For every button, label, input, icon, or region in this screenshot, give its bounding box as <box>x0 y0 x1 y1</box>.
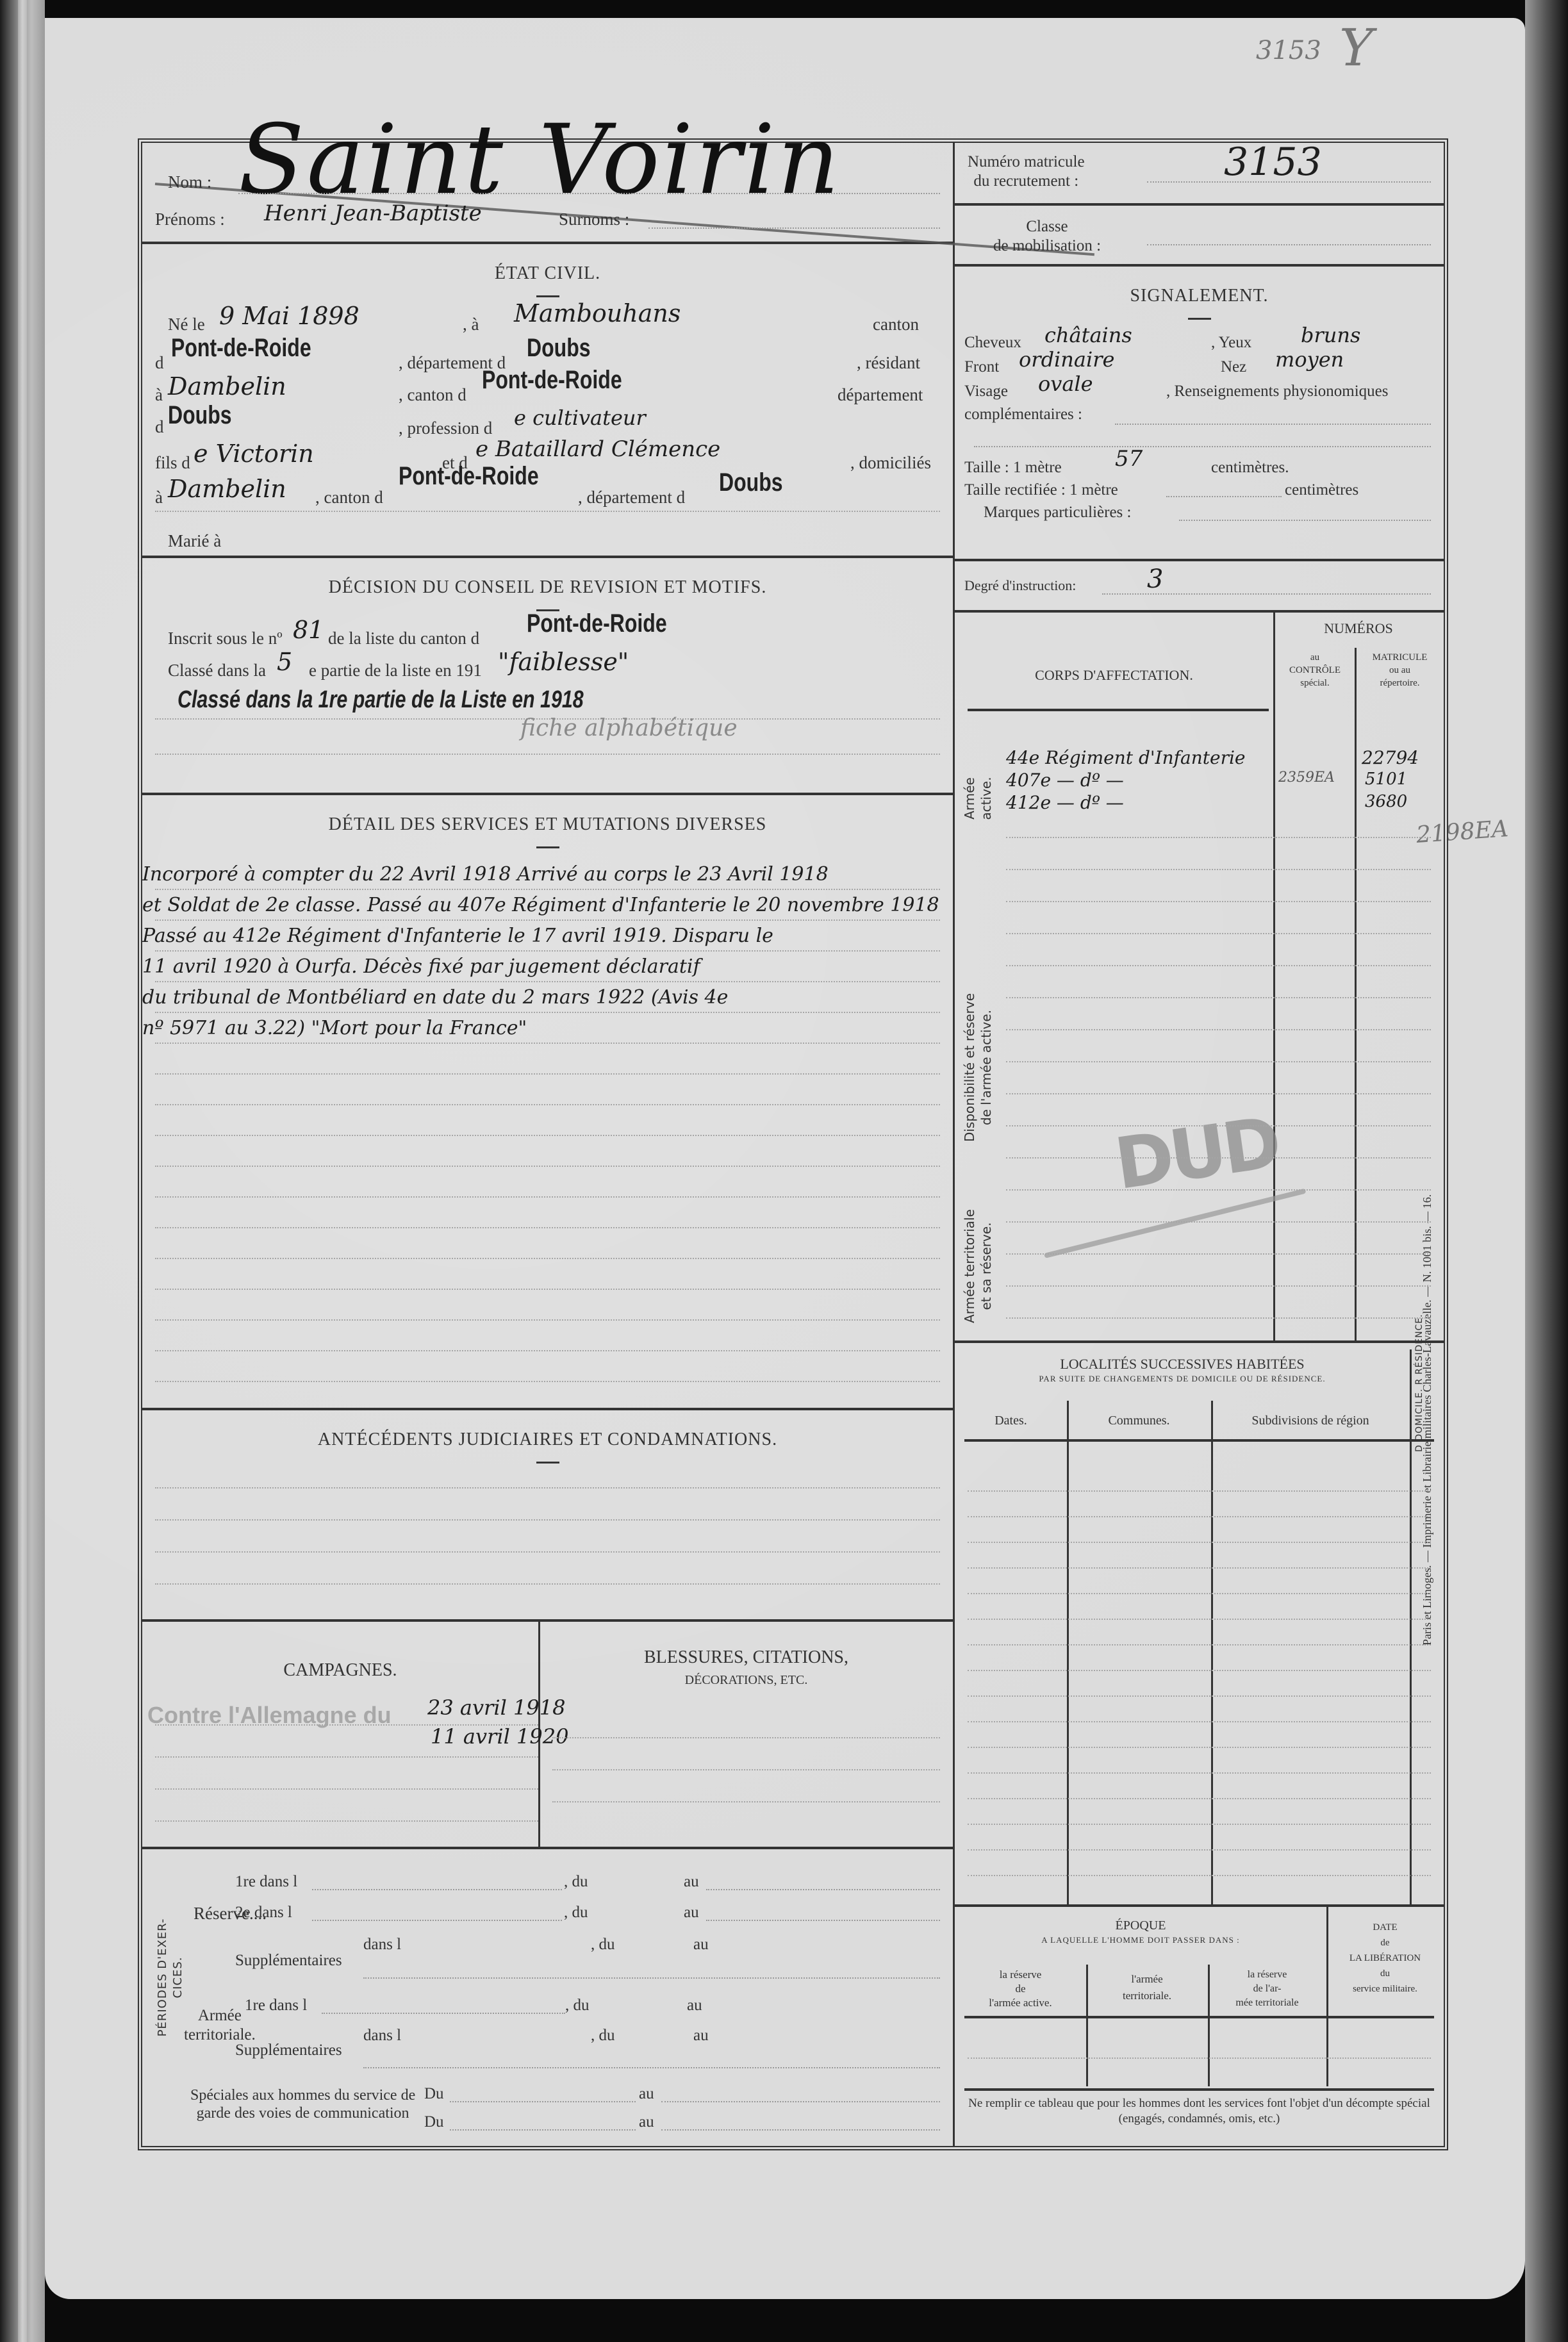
partie-label: e partie de la liste en 191 <box>309 661 482 680</box>
marques-label: Marques particulières : <box>984 504 1131 522</box>
ruled-line <box>155 511 940 512</box>
etat-civil-section: ÉTAT CIVIL. Né le 9 Mai 1898 , à Mambouh… <box>142 244 953 558</box>
epoque-note: Ne remplir ce tableau que pour les homme… <box>968 2096 1431 2127</box>
ne-le-label: Né le <box>168 315 205 334</box>
affectation-row-matricule: 22794 <box>1362 747 1419 768</box>
services-section: DÉTAIL DES SERVICES ET MUTATIONS DIVERSE… <box>142 795 953 1410</box>
right-column: Numéro matriculedu recrutement : 3153 Cl… <box>955 143 1444 2146</box>
reserve-2-label: 2e dans l <box>235 1904 292 1922</box>
col-dates: Dates. <box>955 1414 1067 1428</box>
pencil-check-mark: Y <box>1339 18 1373 78</box>
nez-label: Nez <box>1221 358 1246 376</box>
service-line: nº 5971 au 3.22) "Mort pour la France" <box>142 1013 946 1044</box>
epoque-subtitle: A LAQUELLE L'HOMME DOIT PASSER DANS : <box>955 1935 1326 1945</box>
matricule-label: Numéro matriculedu recrutement : <box>968 153 1085 191</box>
col-subdivisions: Subdivisions de région <box>1211 1414 1410 1428</box>
epoque-col-territoriale: l'arméeterritoriale. <box>1086 1971 1208 2004</box>
corps-header: CORPS D'AFFECTATION. <box>955 667 1273 684</box>
liste-canton-label: de la liste du canton d <box>328 629 479 648</box>
territoriale-1-label: 1re dans l <box>245 1997 307 2015</box>
date-liberation-header: DATEdeLA LIBÉRATIONduservice militaire. <box>1326 1920 1444 1997</box>
profession-value: e cultivateur <box>514 406 646 430</box>
periodes-section: PÉRIODES D'EXER-CICES. Réserve.... 1re d… <box>142 1849 953 2144</box>
conseil-canton: Pont-de-Roide <box>527 609 667 638</box>
service-line: du tribunal de Montbéliard en date du 2 … <box>142 982 946 1013</box>
services-title: DÉTAIL DES SERVICES ET MUTATIONS DIVERSE… <box>142 814 953 848</box>
domicilies-label: , domiciliés <box>850 453 931 473</box>
campagnes-block: CAMPAGNES. Contre l'Allemagne du 23 avri… <box>142 1622 538 1847</box>
father-name: e Victorin <box>194 440 314 468</box>
service-line: Passé au 412e Régiment d'Infanterie le 1… <box>142 921 946 952</box>
residence-canton: Pont-de-Roide <box>482 366 622 395</box>
parents-residence: Dambelin <box>168 475 286 503</box>
d-label: d <box>155 353 164 373</box>
affectation-row-corps: 407e — dº — <box>1006 770 1124 791</box>
antecedents-title: ANTÉCÉDENTS JUDICIAIRES ET CONDAMNATIONS… <box>142 1430 953 1464</box>
nom-line <box>238 193 940 194</box>
controle-header: auCONTRÔLEspécial. <box>1275 651 1355 689</box>
birth-departement: Doubs <box>527 334 591 363</box>
a-label: , à <box>463 315 479 334</box>
epoque-col-reserve-territoriale: la réservede l'ar-mée territoriale <box>1208 1968 1326 2010</box>
yeux-label: , Yeux <box>1211 334 1251 352</box>
canton-d-label: , canton d <box>399 385 466 405</box>
blessures-block: BLESSURES, CITATIONS, DÉCORATIONS, ETC. <box>540 1622 953 1847</box>
yeux-value: bruns <box>1301 323 1360 347</box>
col-communes: Communes. <box>1067 1414 1211 1428</box>
profession-label: , profession d <box>399 418 492 438</box>
canton-d-label: , canton d <box>315 488 383 507</box>
affectation-row-corps: 412e — dº — <box>1006 792 1124 813</box>
speciales-label: Spéciales aux hommes du service degarde … <box>190 2086 415 2122</box>
residence-departement: Doubs <box>168 401 232 430</box>
a-label: à <box>155 385 163 405</box>
pencil-slash <box>1044 1189 1306 1258</box>
identity-section: Saint Voirin Nom : Prénoms : Henri Jean-… <box>142 143 953 244</box>
prenoms-value: Henri Jean-Baptiste <box>264 201 482 226</box>
service-line: 11 avril 1920 à Ourfa. Décès fixé par ju… <box>142 952 946 982</box>
campagnes-title: CAMPAGNES. <box>142 1660 538 1681</box>
affectation-row-controle: 2359EA <box>1278 770 1335 786</box>
periodes-side-label: PÉRIODES D'EXER-CICES. <box>155 1881 186 2074</box>
classification-stamp: Classé dans la 1re partie de la Liste en… <box>177 686 584 714</box>
taille-rectifiee-label: Taille rectifiée : 1 mètre <box>964 481 1118 499</box>
renseignements-label: , Renseignements physionomiques <box>1166 383 1389 400</box>
ruled-line <box>155 754 940 755</box>
col-domicile-residence: D DOMICILE. R RÉSIDENCE. <box>1411 1356 1428 1452</box>
affectation-row-matricule: 3680 <box>1365 792 1407 811</box>
nom-label: Nom : <box>168 172 211 192</box>
etat-civil-title: ÉTAT CIVIL. <box>142 263 953 297</box>
conseil-revision-section: DÉCISION DU CONSEIL DE REVISION ET MOTIF… <box>142 558 953 795</box>
service-line: et Soldat de 2e classe. Passé au 407e Ré… <box>142 890 946 921</box>
localites-subtitle: PAR SUITE DE CHANGEMENTS DE DOMICILE OU … <box>955 1374 1410 1384</box>
localites-section: LOCALITÉS SUCCESSIVES HABITÉES PAR SUITE… <box>955 1343 1444 1907</box>
armee-active-label: Arméeactive. <box>961 741 994 856</box>
reserve-1-label: 1re dans l <box>235 1873 297 1891</box>
instruction-label: Degré d'instruction: <box>964 577 1076 594</box>
taille-label: Taille : 1 mètre <box>964 459 1062 477</box>
prenoms-label: Prénoms : <box>155 210 225 229</box>
motif-value: "faiblesse" <box>498 648 629 676</box>
departement-label: département <box>838 385 923 405</box>
epoque-section: ÉPOQUE A LAQUELLE L'HOMME DOIT PASSER DA… <box>955 1907 1444 2144</box>
resident-label: , résidant <box>857 353 920 373</box>
departement-label: , département d <box>578 488 685 507</box>
taille-value: 57 <box>1115 446 1143 472</box>
signalement-section: SIGNALEMENT. Cheveux châtains , Yeux bru… <box>955 267 1444 561</box>
instruction-value: 3 <box>1147 565 1163 594</box>
antecedents-section: ANTÉCÉDENTS JUDICIAIRES ET CONDAMNATIONS… <box>142 1410 953 1622</box>
front-value: ordinaire <box>1019 347 1114 372</box>
blessures-title: BLESSURES, CITATIONS, <box>540 1647 953 1668</box>
territoriale-label: Armée territorialeet sa réserve. <box>961 1189 994 1343</box>
blessures-subtitle: DÉCORATIONS, ETC. <box>540 1673 953 1688</box>
birth-canton: Pont-de-Roide <box>171 334 311 363</box>
classe-mobilisation-block: Classede mobilisation : <box>955 206 1444 267</box>
front-label: Front <box>964 358 999 376</box>
matricule-number: 3153 <box>1224 140 1322 185</box>
parents-departement: Doubs <box>719 468 783 497</box>
inscrit-label: Inscrit sous le nº <box>168 629 283 648</box>
cheveux-value: châtains <box>1044 323 1132 347</box>
centimetres-label: centimètres. <box>1211 459 1289 477</box>
birth-place: Mambouhans <box>514 299 681 327</box>
surnoms-label: Surnoms : <box>559 210 629 229</box>
numeros-header: NUMÉROS <box>1273 620 1444 637</box>
affectation-row-matricule: 5101 <box>1365 770 1407 789</box>
left-column: Saint Voirin Nom : Prénoms : Henri Jean-… <box>142 143 955 2146</box>
a-label: à <box>155 488 163 507</box>
affectation-row-corps: 44e Régiment d'Infanterie <box>1006 747 1245 768</box>
affectation-section: CORPS D'AFFECTATION. NUMÉROS auCONTRÔLEs… <box>955 613 1444 1343</box>
matricule-block: Numéro matriculedu recrutement : 3153 <box>955 143 1444 206</box>
page-fold <box>18 0 27 2342</box>
centimetres-label: centimètres <box>1285 481 1358 499</box>
pencil-matricule-note: 3153 <box>1256 36 1321 65</box>
registration-form: Saint Voirin Nom : Prénoms : Henri Jean-… <box>138 138 1448 2150</box>
surnoms-line <box>648 227 940 229</box>
pencil-fiche-note: fiche alphabétique <box>520 715 738 741</box>
register-page: 3153 Y 2198EA Paris et Limoges. — Imprim… <box>45 18 1525 2299</box>
disponibilite-label: Disponibilité et réservede l'armée activ… <box>961 946 994 1189</box>
complementaires-label: complémentaires : <box>964 406 1082 424</box>
mother-name: e Bataillard Clémence <box>475 436 720 462</box>
supplementaires-label: Supplémentaires <box>235 1952 342 1970</box>
fils-de-label: fils d <box>155 453 190 473</box>
canton-label: canton <box>873 315 919 334</box>
inscrit-number: 81 <box>293 616 324 644</box>
matricule-header: MATRICULEou aurépertoire. <box>1356 651 1444 689</box>
page-edge-shadow <box>1525 0 1568 2342</box>
partie-number: 5 <box>277 648 292 676</box>
d-label: d <box>155 417 164 437</box>
marie-label: Marié à <box>168 531 221 551</box>
services-text: Incorporé à compter du 22 Avril 1918 Arr… <box>142 859 946 1044</box>
conseil-title: DÉCISION DU CONSEIL DE REVISION ET MOTIF… <box>142 577 953 611</box>
campagnes-blessures-section: CAMPAGNES. Contre l'Allemagne du 23 avri… <box>142 1622 953 1849</box>
birth-date: 9 Mai 1898 <box>219 302 359 330</box>
cheveux-label: Cheveux <box>964 334 1021 352</box>
parents-canton: Pont-de-Roide <box>399 462 539 491</box>
nez-value: moyen <box>1275 347 1344 372</box>
classe-mobilisation-label: Classede mobilisation : <box>993 217 1101 256</box>
book-spine <box>0 0 45 2342</box>
instruction-block: Degré d'instruction: 3 <box>955 561 1444 613</box>
visage-value: ovale <box>1038 372 1093 396</box>
classe-label: Classé dans la <box>168 661 266 680</box>
residence-commune: Dambelin <box>168 372 286 400</box>
service-line: Incorporé à compter du 22 Avril 1918 Arr… <box>142 859 946 890</box>
signalement-title: SIGNALEMENT. <box>955 286 1444 320</box>
surname-value: Saint Voirin <box>238 104 842 216</box>
epoque-col-reserve-active: la réservedel'armée active. <box>955 1968 1086 2010</box>
epoque-title: ÉPOQUE <box>955 1918 1326 1933</box>
localites-title: LOCALITÉS SUCCESSIVES HABITÉES <box>955 1356 1410 1373</box>
visage-label: Visage <box>964 383 1008 400</box>
